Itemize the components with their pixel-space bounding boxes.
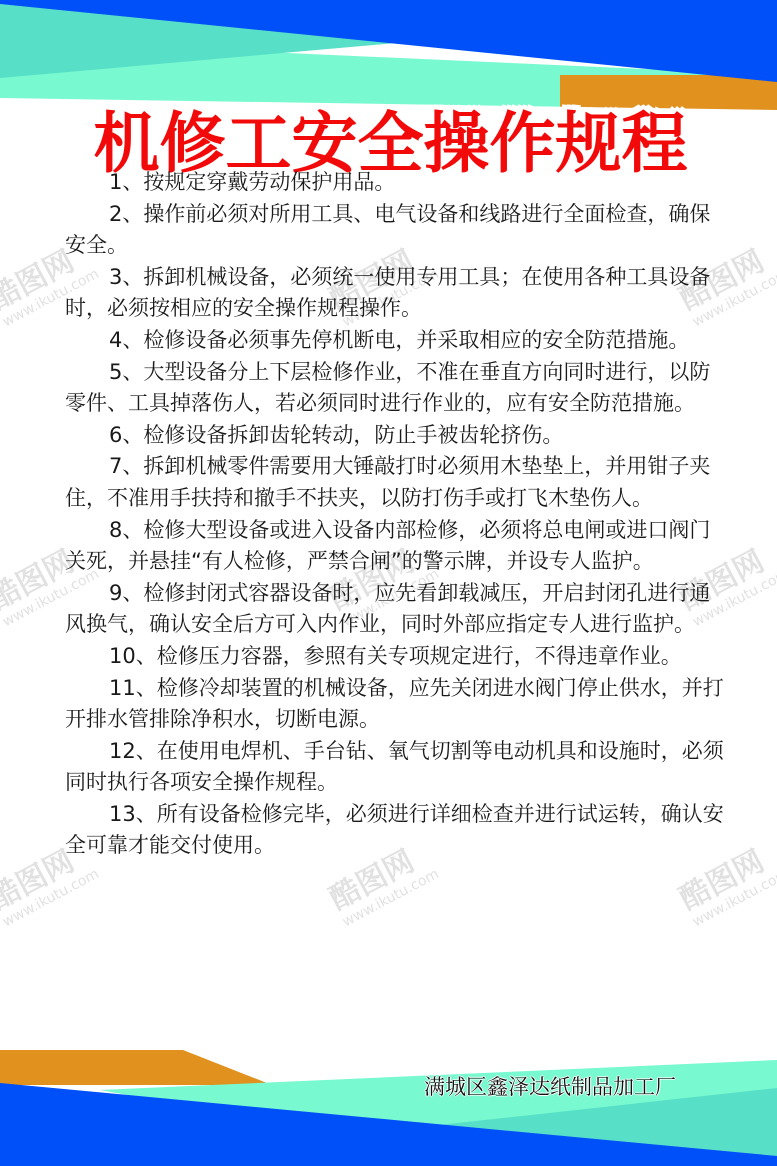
rule-item: 7、拆卸机械零件需要用大锤敲打时必须用木垫垫上，并用钳子夹住，不准用手扶持和撤手…	[65, 451, 725, 514]
rule-item: 5、大型设备分上下层检修作业，不准在垂直方向同时进行，以防零件、工具掉落伤人，若…	[65, 357, 725, 420]
rule-item: 4、检修设备必须事先停机断电，并采取相应的安全防范措施。	[65, 325, 725, 357]
rule-item: 13、所有设备检修完毕，必须进行详细检查并进行试运转，确认安全可靠才能交付使用。	[65, 799, 725, 862]
rule-item: 6、检修设备拆卸齿轮转动，防止手被齿轮挤伤。	[65, 420, 725, 452]
rule-item: 12、在使用电焊机、手台钻、氧气切割等电动机具和设施时，必须同时执行各项安全操作…	[65, 736, 725, 799]
rule-item: 8、检修大型设备或进入设备内部检修，必须将总电闸或进口阀门关死，并悬挂“有人检修…	[65, 515, 725, 578]
rule-item: 10、检修压力容器，参照有关专项规定进行，不得违章作业。	[65, 641, 725, 673]
company-name: 满城区鑫泽达纸制品加工厂	[424, 1072, 724, 1102]
rule-item: 9、检修封闭式容器设备时，应先看卸载减压，开启封闭孔进行通风换气，确认安全后方可…	[65, 578, 725, 641]
rules-list: 1、按规定穿戴劳动保护用品。 2、操作前必须对所用工具、电气设备和线路进行全面检…	[65, 167, 725, 862]
rule-item: 3、拆卸机械设备，必须统一使用专用工具；在使用各种工具设备时，必须按相应的安全操…	[65, 262, 725, 325]
rule-item: 1、按规定穿戴劳动保护用品。	[65, 167, 725, 199]
rule-item: 2、操作前必须对所用工具、电气设备和线路进行全面检查，确保安全。	[65, 199, 725, 262]
footer-orange-block	[0, 1050, 272, 1085]
rule-item: 11、检修冷却装置的机械设备，应先关闭进水阀门停止供水，并打开排水管排除净积水，…	[65, 673, 725, 736]
